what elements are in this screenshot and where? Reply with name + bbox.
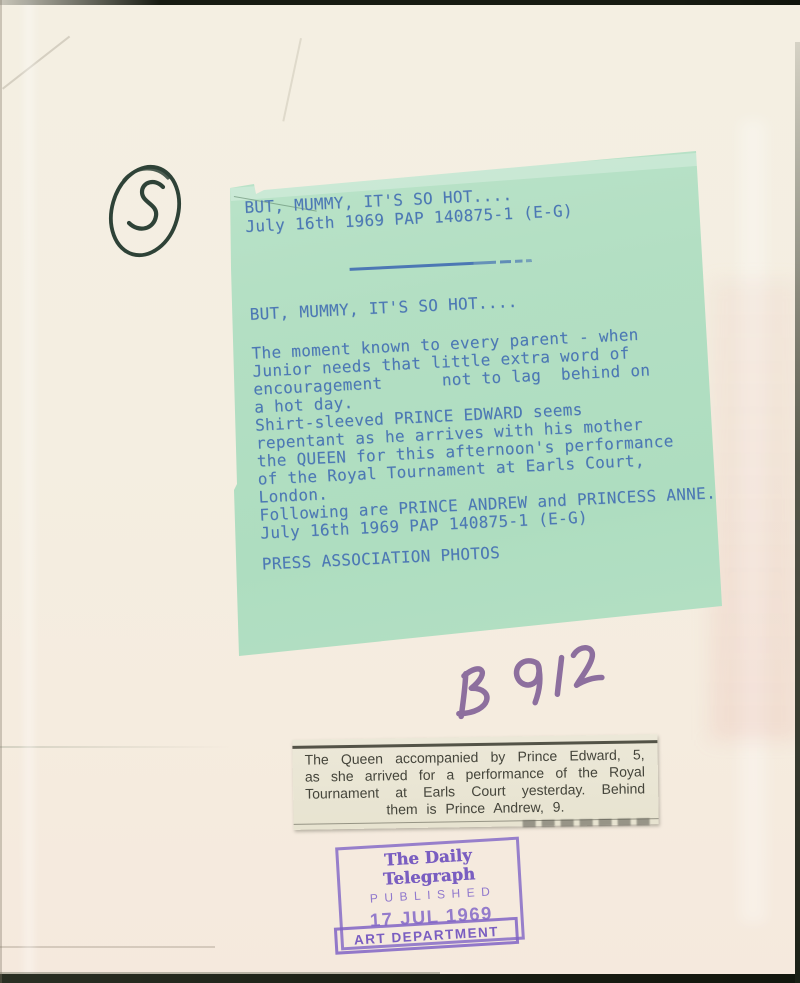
circled-s-mark: S <box>100 160 195 265</box>
newspaper-clipping: The Queen accompanied by Prince Edward, … <box>292 734 658 830</box>
paper-crease <box>282 38 301 121</box>
photo-bottom-edge <box>0 974 800 983</box>
typed-divider-line <box>350 259 538 271</box>
daily-telegraph-stamp: The Daily Telegraph PUBLISHED 17 JUL 196… <box>335 837 525 951</box>
paper-crease <box>2 36 70 90</box>
handwritten-reference-b912: B 912 <box>439 631 622 734</box>
clipping-caption-text: The Queen accompanied by Prince Edward, … <box>305 746 646 819</box>
caption-title: BUT, MUMMY, IT'S SO HOT.... <box>249 281 723 323</box>
paper-discoloration <box>710 280 800 740</box>
photo-right-edge <box>795 42 800 983</box>
photo-top-edge <box>0 0 800 5</box>
photo-bottom-edge-line <box>0 972 440 974</box>
b912-drawing <box>439 631 622 734</box>
photo-left-edge <box>0 0 2 983</box>
paper-sheen <box>24 0 34 983</box>
caption-body: The moment known to every parent - when … <box>251 321 734 542</box>
circled-s-drawing <box>100 160 195 265</box>
caption-label: BUT, MUMMY, IT'S SO HOT.... July 16th 19… <box>228 148 726 662</box>
typed-caption: BUT, MUMMY, IT'S SO HOT.... July 16th 19… <box>244 175 736 573</box>
paper-crease <box>0 746 230 748</box>
